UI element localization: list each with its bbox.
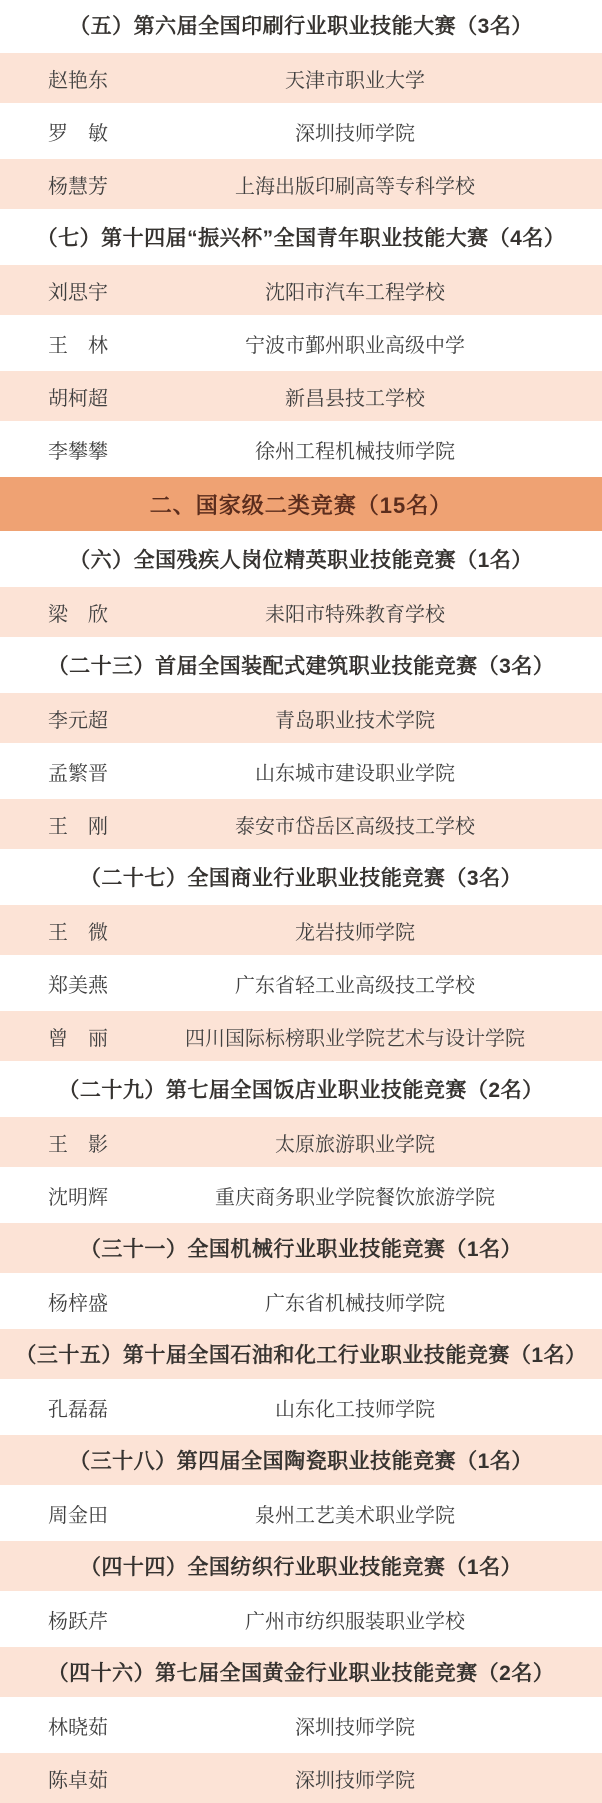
winner-name: 罗 敏: [0, 117, 178, 146]
table-row: 胡柯超新昌县技工学校: [0, 371, 602, 421]
section-title: （三十五）第十届全国石油和化工行业职业技能竞赛（1名）: [15, 1339, 586, 1369]
award-winners-table: （五）第六届全国印刷行业职业技能大赛（3名） 赵艳东天津市职业大学 罗 敏深圳技…: [0, 0, 602, 1803]
winner-name: 王 刚: [0, 810, 178, 839]
winner-school: 深圳技师学院: [178, 1711, 602, 1740]
winner-name: 王 林: [0, 329, 178, 358]
winner-school: 上海出版印刷高等专科学校: [178, 170, 602, 199]
section-header-row: （七）第十四届“振兴杯”全国青年职业技能大赛（4名）: [0, 212, 602, 262]
winner-name: 陈卓茹: [0, 1764, 178, 1793]
winner-name: 王 微: [0, 916, 178, 945]
section-title: （六）全国残疾人岗位精英职业技能竞赛（1名）: [69, 544, 533, 574]
section-header-row: （二十三）首届全国装配式建筑职业技能竞赛（3名）: [0, 640, 602, 690]
winner-school: 广州市纺织服装职业学校: [178, 1605, 602, 1634]
section-header-row: （六）全国残疾人岗位精英职业技能竞赛（1名）: [0, 534, 602, 584]
section-header-row: （二十七）全国商业行业职业技能竞赛（3名）: [0, 852, 602, 902]
table-row: 林晓茹深圳技师学院: [0, 1700, 602, 1750]
table-row: 陈卓茹深圳技师学院: [0, 1753, 602, 1803]
table-row: 王 林宁波市鄞州职业高级中学: [0, 318, 602, 368]
table-row: 沈明辉重庆商务职业学院餐饮旅游学院: [0, 1170, 602, 1220]
section-title: （七）第十四届“振兴杯”全国青年职业技能大赛（4名）: [37, 222, 566, 252]
winner-name: 王 影: [0, 1128, 178, 1157]
table-row: 赵艳东天津市职业大学: [0, 53, 602, 103]
section-title: （三十一）全国机械行业职业技能竞赛（1名）: [80, 1233, 522, 1263]
category-band: 二、国家级二类竞赛（15名）: [0, 477, 602, 531]
section-header-row: （五）第六届全国印刷行业职业技能大赛（3名）: [0, 0, 602, 50]
table-row: 周金田泉州工艺美术职业学院: [0, 1488, 602, 1538]
winner-name: 李攀攀: [0, 435, 178, 464]
winner-name: 周金田: [0, 1499, 178, 1528]
table-row: 曾 丽四川国际标榜职业学院艺术与设计学院: [0, 1011, 602, 1061]
table-row: 王 刚泰安市岱岳区高级技工学校: [0, 799, 602, 849]
winner-name: 赵艳东: [0, 64, 178, 93]
table-row: 孟繁晋山东城市建设职业学院: [0, 746, 602, 796]
category-title: 二、国家级二类竞赛（15名）: [150, 489, 452, 520]
table-row: 李攀攀徐州工程机械技师学院: [0, 424, 602, 474]
section-header-row: （三十一）全国机械行业职业技能竞赛（1名）: [0, 1223, 602, 1273]
section-title: （五）第六届全国印刷行业职业技能大赛（3名）: [69, 10, 533, 40]
section-title: （四十四）全国纺织行业职业技能竞赛（1名）: [80, 1551, 522, 1581]
table-row: 李元超青岛职业技术学院: [0, 693, 602, 743]
section-header-row: （三十五）第十届全国石油和化工行业职业技能竞赛（1名）: [0, 1329, 602, 1379]
table-row: 罗 敏深圳技师学院: [0, 106, 602, 156]
winner-school: 广东省轻工业高级技工学校: [178, 969, 602, 998]
winner-school: 山东城市建设职业学院: [178, 757, 602, 786]
winner-school: 四川国际标榜职业学院艺术与设计学院: [178, 1022, 602, 1051]
table-row: 杨慧芳上海出版印刷高等专科学校: [0, 159, 602, 209]
section-title: （四十六）第七届全国黄金行业职业技能竞赛（2名）: [48, 1657, 555, 1687]
section-header-row: （二十九）第七届全国饭店业职业技能竞赛（2名）: [0, 1064, 602, 1114]
winner-school: 山东化工技师学院: [178, 1393, 602, 1422]
winner-school: 耒阳市特殊教育学校: [178, 598, 602, 627]
winner-school: 广东省机械技师学院: [178, 1287, 602, 1316]
winner-school: 宁波市鄞州职业高级中学: [178, 329, 602, 358]
winner-name: 刘思宇: [0, 276, 178, 305]
winner-name: 李元超: [0, 704, 178, 733]
winner-name: 孟繁晋: [0, 757, 178, 786]
table-row: 刘思宇沈阳市汽车工程学校: [0, 265, 602, 315]
winner-school: 太原旅游职业学院: [178, 1128, 602, 1157]
section-title: （三十八）第四届全国陶瓷职业技能竞赛（1名）: [69, 1445, 533, 1475]
winner-school: 泉州工艺美术职业学院: [178, 1499, 602, 1528]
winner-school: 天津市职业大学: [178, 64, 602, 93]
winner-school: 新昌县技工学校: [178, 382, 602, 411]
winner-name: 孔磊磊: [0, 1393, 178, 1422]
winner-name: 沈明辉: [0, 1181, 178, 1210]
winner-name: 胡柯超: [0, 382, 178, 411]
table-row: 杨跃芹广州市纺织服装职业学校: [0, 1594, 602, 1644]
winner-name: 梁 欣: [0, 598, 178, 627]
winner-school: 泰安市岱岳区高级技工学校: [178, 810, 602, 839]
section-header-row: （四十四）全国纺织行业职业技能竞赛（1名）: [0, 1541, 602, 1591]
section-header-row: （三十八）第四届全国陶瓷职业技能竞赛（1名）: [0, 1435, 602, 1485]
winner-school: 龙岩技师学院: [178, 916, 602, 945]
winner-name: 杨梓盛: [0, 1287, 178, 1316]
table-row: 郑美燕广东省轻工业高级技工学校: [0, 958, 602, 1008]
winner-school: 徐州工程机械技师学院: [178, 435, 602, 464]
section-title: （二十三）首届全国装配式建筑职业技能竞赛（3名）: [48, 650, 555, 680]
winner-name: 杨慧芳: [0, 170, 178, 199]
winner-school: 深圳技师学院: [178, 1764, 602, 1793]
winner-name: 杨跃芹: [0, 1605, 178, 1634]
section-title: （二十七）全国商业行业职业技能竞赛（3名）: [80, 862, 522, 892]
table-row: 孔磊磊山东化工技师学院: [0, 1382, 602, 1432]
winner-school: 青岛职业技术学院: [178, 704, 602, 733]
table-row: 梁 欣耒阳市特殊教育学校: [0, 587, 602, 637]
section-title: （二十九）第七届全国饭店业职业技能竞赛（2名）: [58, 1074, 543, 1104]
winner-school: 深圳技师学院: [178, 117, 602, 146]
table-row: 王 微龙岩技师学院: [0, 905, 602, 955]
winner-school: 重庆商务职业学院餐饮旅游学院: [178, 1181, 602, 1210]
section-header-row: （四十六）第七届全国黄金行业职业技能竞赛（2名）: [0, 1647, 602, 1697]
winner-school: 沈阳市汽车工程学校: [178, 276, 602, 305]
winner-name: 林晓茹: [0, 1711, 178, 1740]
winner-name: 曾 丽: [0, 1022, 178, 1051]
table-row: 王 影太原旅游职业学院: [0, 1117, 602, 1167]
table-row: 杨梓盛广东省机械技师学院: [0, 1276, 602, 1326]
winner-name: 郑美燕: [0, 969, 178, 998]
